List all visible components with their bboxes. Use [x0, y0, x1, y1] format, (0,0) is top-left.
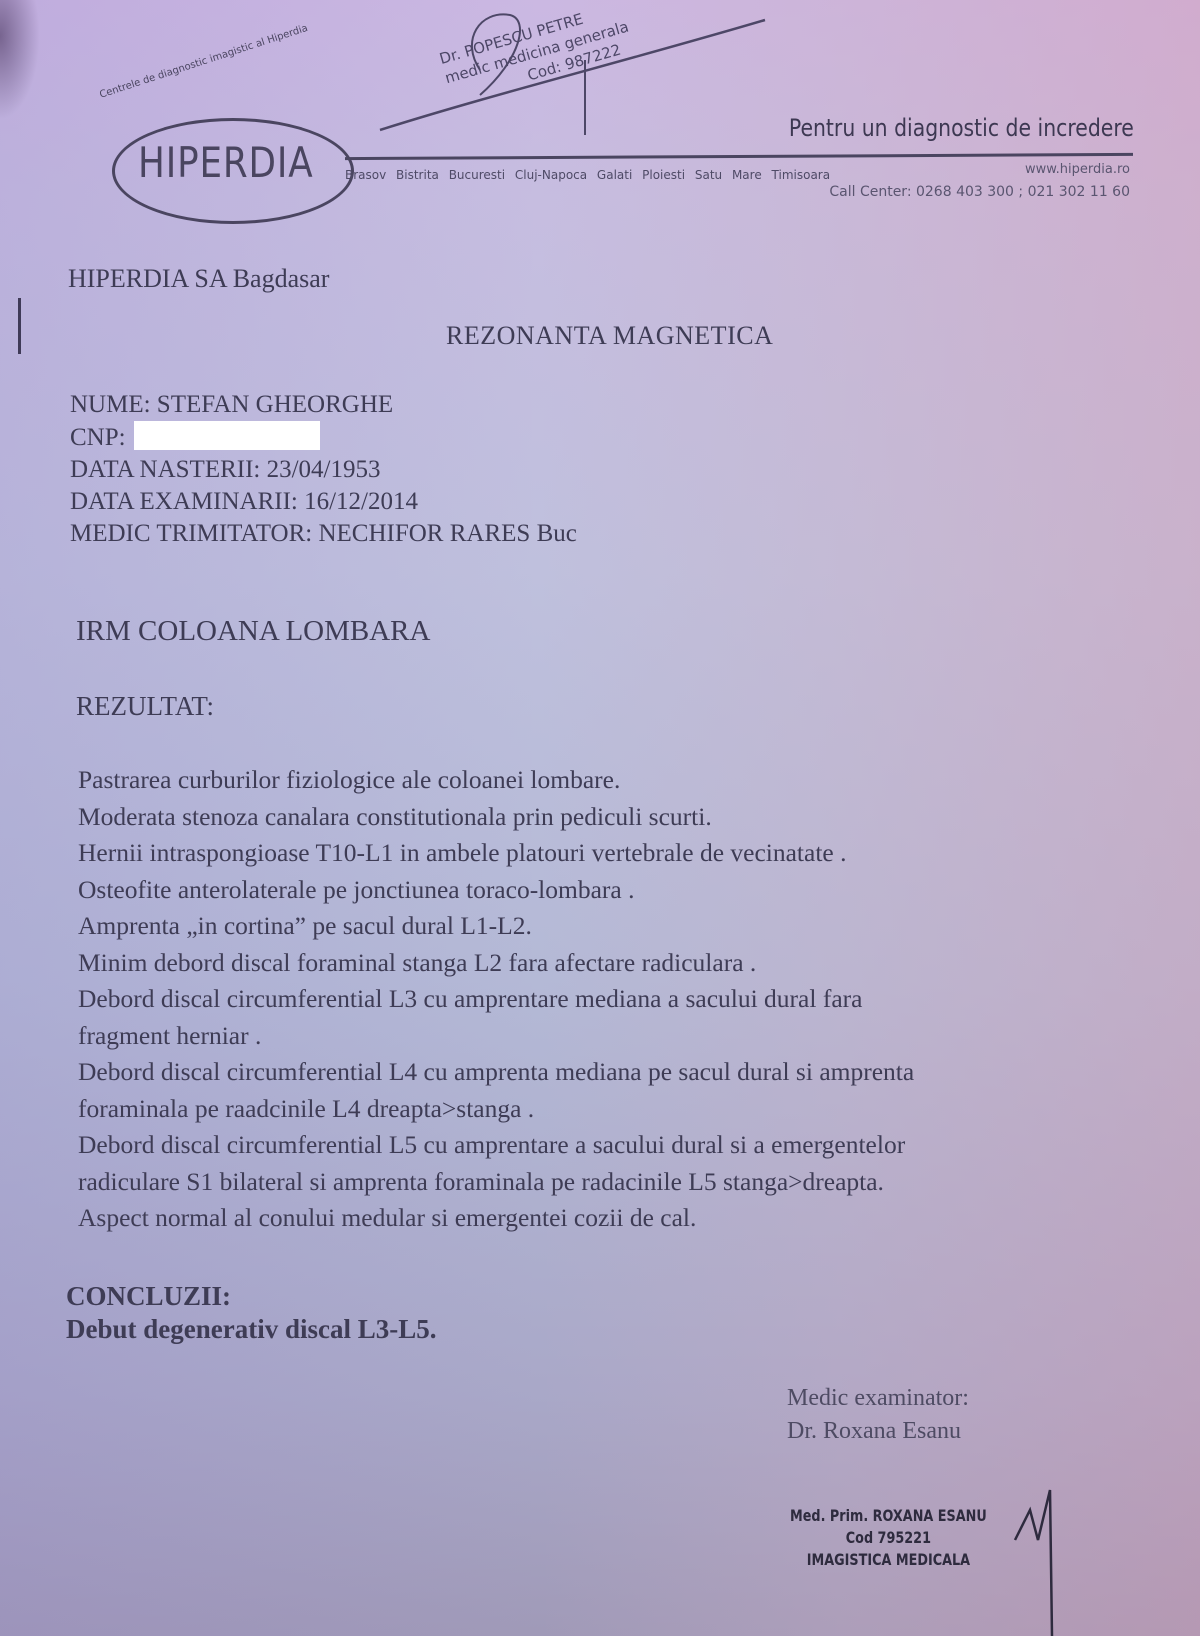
tagline: Pentru un diagnostic de incredere [789, 114, 1134, 142]
stamp-bottom-line1: Med. Prim. ROXANA ESANU [790, 1505, 987, 1527]
website-link[interactable]: www.hiperdia.ro [1025, 162, 1130, 177]
finding-line: Pastrarea curburilor fiziologice ale col… [78, 762, 1138, 799]
finding-line: Debord discal circumferential L5 cu ampr… [78, 1127, 1138, 1164]
finding-line: radiculare S1 bilateral si amprenta fora… [78, 1164, 1138, 1201]
margin-mark [18, 298, 21, 354]
conclusion-heading: CONCLUZII: [66, 1280, 231, 1312]
bottom-signature [1010, 1480, 1090, 1636]
finding-line: Minim debord discal foraminal stanga L2 … [78, 945, 1138, 982]
stamp-bottom-line2: Cod 795221 [790, 1527, 987, 1549]
organization: HIPERDIA SA Bagdasar [68, 263, 329, 295]
handwritten-signature [370, 0, 770, 140]
finding-line: Moderata stenoza canalara constitutional… [78, 799, 1138, 836]
finding-line: fragment herniar . [78, 1018, 1138, 1055]
finding-line: Debord discal circumferential L4 cu ampr… [78, 1054, 1138, 1091]
referring-doctor: MEDIC TRIMITATOR: NECHIFOR RARES Buc [70, 518, 577, 550]
city-list: Brasov Bistrita Bucuresti Cluj-Napoca Ga… [345, 168, 830, 182]
document-title: REZONANTA MAGNETICA [446, 320, 773, 352]
result-heading: REZULTAT: [76, 690, 214, 722]
cnp-redaction [134, 421, 320, 450]
header-rule [345, 153, 1133, 160]
logo-arc-text: Centrele de diagnostic imagistic al Hipe… [98, 23, 309, 101]
finding-line: Amprenta „in cortina” pe sacul dural L1-… [78, 908, 1138, 945]
corner-shadow [0, 0, 40, 120]
doctor-stamp-bottom: Med. Prim. ROXANA ESANU Cod 795221 IMAGI… [790, 1505, 987, 1571]
finding-line: Hernii intraspongioase T10-L1 in ambele … [78, 835, 1138, 872]
patient-cnp: CNP: [70, 421, 577, 454]
examiner-block: Medic examinator: Dr. Roxana Esanu [787, 1382, 969, 1448]
conclusion-text: Debut degenerativ discal L3-L5. [66, 1313, 437, 1345]
exam-name: IRM COLOANA LOMBARA [76, 615, 430, 647]
finding-line: Aspect normal al conului medular si emer… [78, 1200, 1138, 1237]
hiperdia-logo: HIPERDIA [138, 138, 314, 187]
examiner-name: Dr. Roxana Esanu [787, 1415, 969, 1448]
call-center: Call Center: 0268 403 300 ; 021 302 11 6… [829, 184, 1130, 200]
findings-list: Pastrarea curburilor fiziologice ale col… [78, 762, 1138, 1237]
patient-name: NUME: STEFAN GHEORGHE [70, 389, 577, 421]
finding-line: foraminala pe raadcinile L4 dreapta>stan… [78, 1091, 1138, 1128]
examiner-label: Medic examinator: [787, 1382, 969, 1415]
stamp-bottom-line3: IMAGISTICA MEDICALA [790, 1549, 987, 1571]
patient-info: NUME: STEFAN GHEORGHE CNP: DATA NASTERII… [70, 389, 577, 550]
birth-date: DATA NASTERII: 23/04/1953 [70, 454, 577, 486]
finding-line: Osteofite anterolaterale pe jonctiunea t… [78, 872, 1138, 909]
exam-date: DATA EXAMINARII: 16/12/2014 [70, 486, 577, 518]
finding-line: Debord discal circumferential L3 cu ampr… [78, 981, 1138, 1018]
